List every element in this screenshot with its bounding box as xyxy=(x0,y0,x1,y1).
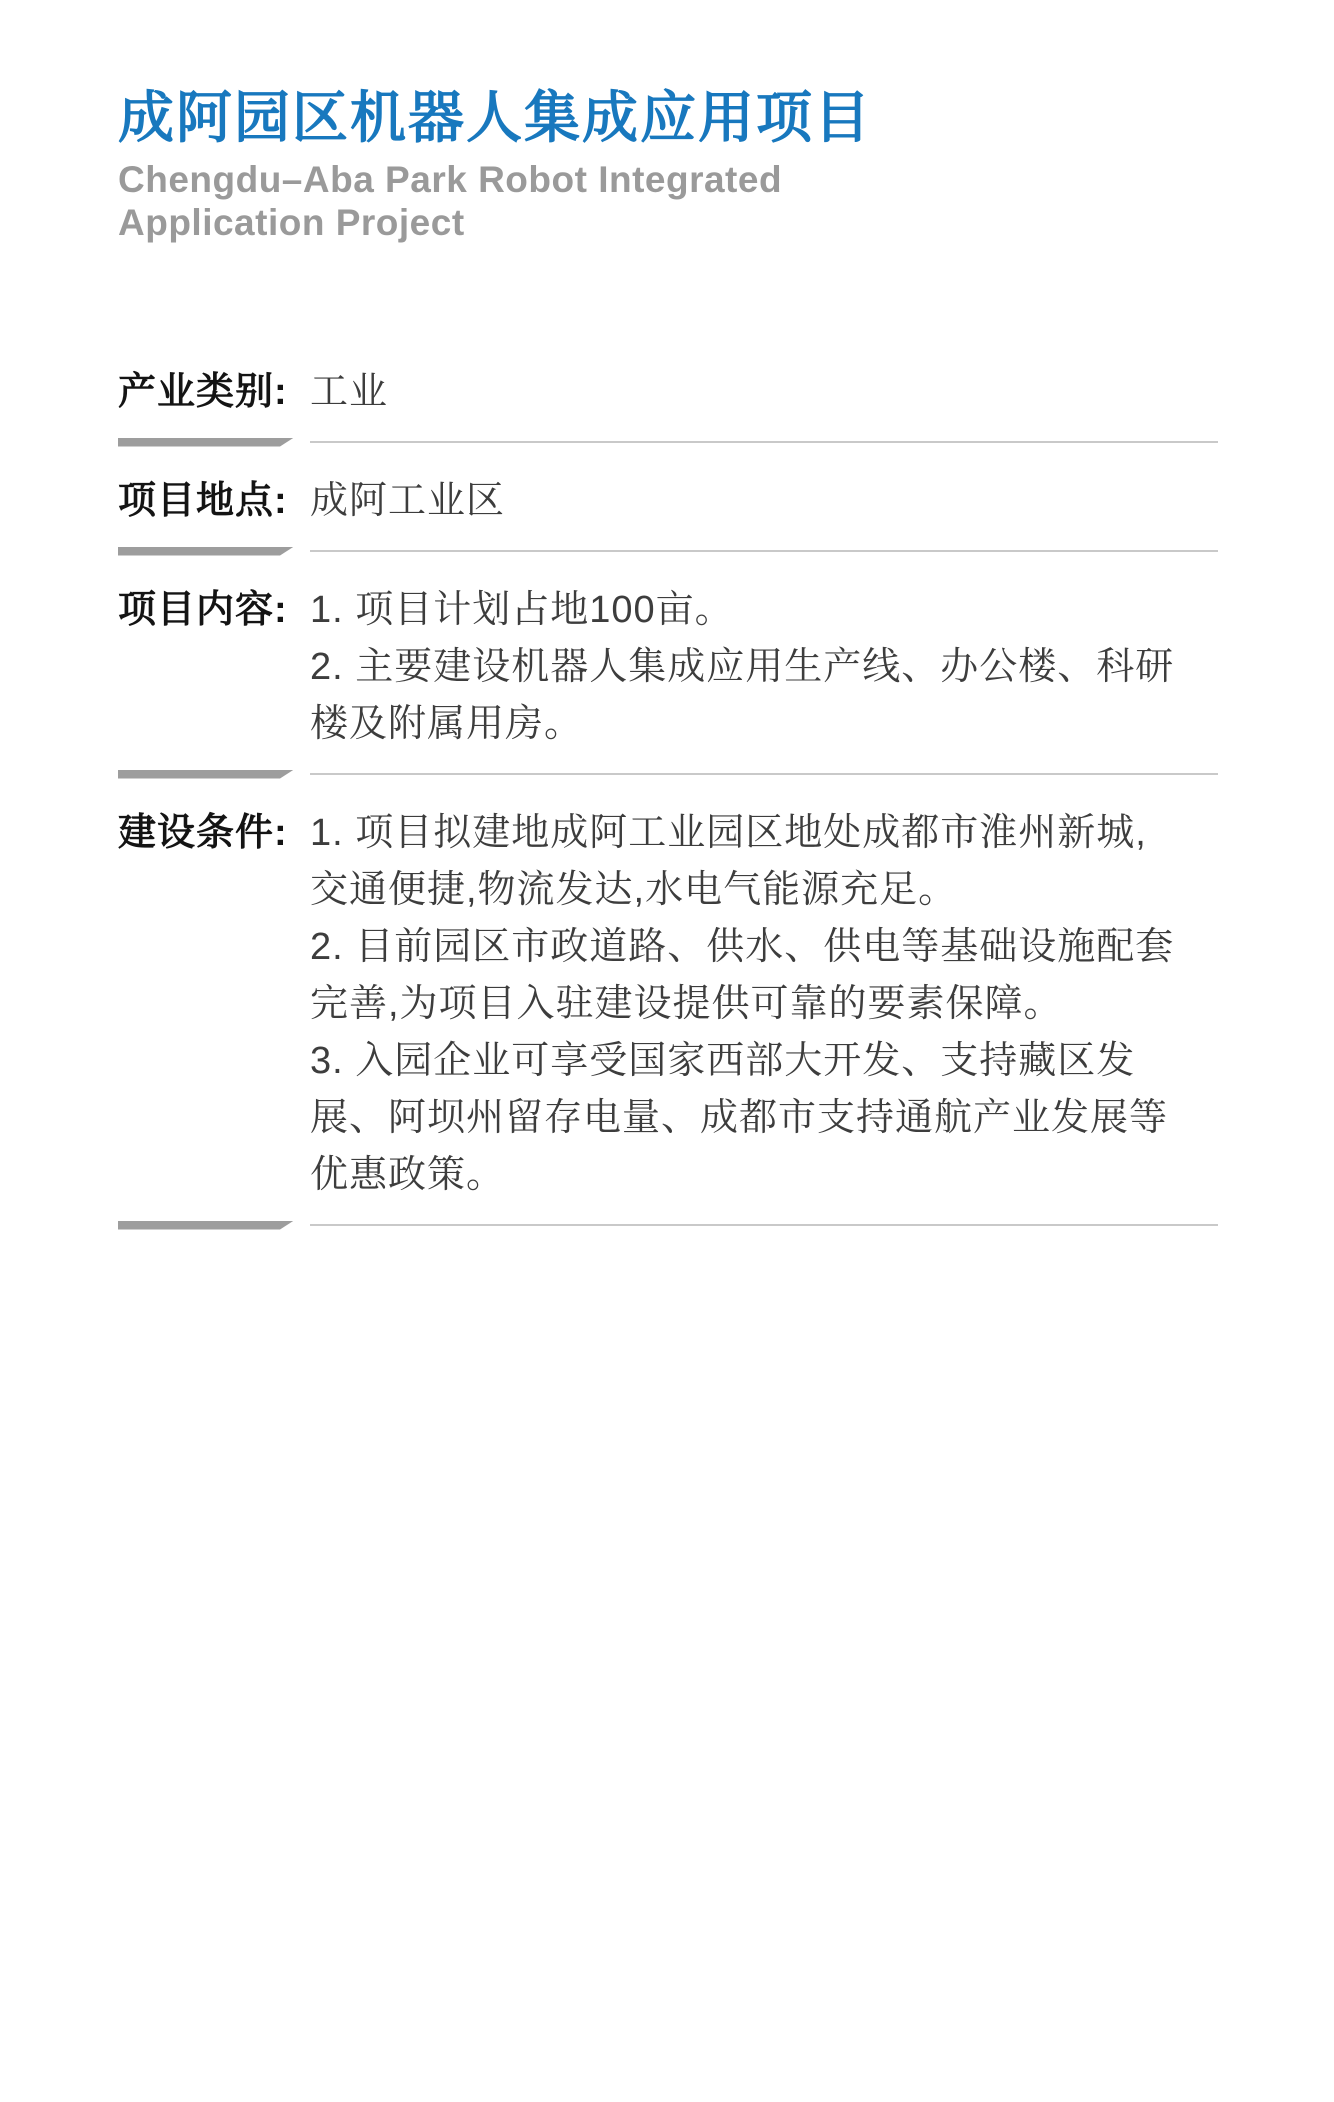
field-row-project-content: 项目内容: 1. 项目计划占地100亩。 2. 主要建设机器人集成应用生产线、办… xyxy=(118,582,1240,753)
divider-rule xyxy=(310,441,1218,443)
field-label: 项目内容: xyxy=(118,582,310,639)
project-sheet: 成阿园区机器人集成应用项目 Chengdu–Aba Park Robot Int… xyxy=(0,0,1334,1230)
field-list: 产业类别: 工业 项目地点: 成阿工业区 项目内容: 1. 项目计划占地100亩… xyxy=(118,364,1240,1230)
field-value-line: 楼及附属用房。 xyxy=(310,696,1240,753)
divider-rule xyxy=(310,550,1218,552)
field-value: 1. 项目计划占地100亩。 2. 主要建设机器人集成应用生产线、办公楼、科研 … xyxy=(310,582,1240,753)
field-value: 成阿工业区 xyxy=(310,473,1240,530)
field-value-line: 完善,为项目入驻建设提供可靠的要素保障。 xyxy=(310,976,1240,1033)
section-divider xyxy=(118,1220,1240,1230)
field-label: 产业类别: xyxy=(118,364,310,421)
field-value-line: 交通便捷,物流发达,水电气能源充足。 xyxy=(310,862,1240,919)
field-value-line: 展、阿坝州留存电量、成都市支持通航产业发展等 xyxy=(310,1090,1240,1147)
field-row-industry-category: 产业类别: 工业 xyxy=(118,364,1240,421)
divider-bar xyxy=(118,1221,294,1230)
divider-rule xyxy=(310,773,1218,775)
section-divider xyxy=(118,769,1240,779)
field-value-line: 2. 目前园区市政道路、供水、供电等基础设施配套 xyxy=(310,919,1240,976)
field-value-line: 2. 主要建设机器人集成应用生产线、办公楼、科研 xyxy=(310,639,1240,696)
field-value: 工业 xyxy=(310,364,1240,421)
field-row-construction-conditions: 建设条件: 1. 项目拟建地成阿工业园区地处成都市淮州新城, 交通便捷,物流发达… xyxy=(118,805,1240,1204)
divider-bar xyxy=(118,770,294,779)
page-subtitle: Chengdu–Aba Park Robot Integrated Applic… xyxy=(118,158,1240,244)
field-value-line: 3. 入园企业可享受国家西部大开发、支持藏区发 xyxy=(310,1033,1240,1090)
field-row-project-location: 项目地点: 成阿工业区 xyxy=(118,473,1240,530)
field-value-line: 1. 项目拟建地成阿工业园区地处成都市淮州新城, xyxy=(310,805,1240,862)
page-title: 成阿园区机器人集成应用项目 xyxy=(118,86,1240,150)
section-divider xyxy=(118,437,1240,447)
divider-bar xyxy=(118,547,294,556)
field-value-line: 工业 xyxy=(310,364,1240,421)
field-value-line: 1. 项目计划占地100亩。 xyxy=(310,582,1240,639)
section-divider xyxy=(118,546,1240,556)
divider-rule xyxy=(310,1224,1218,1226)
field-label: 项目地点: xyxy=(118,473,310,530)
subtitle-line-2: Application Project xyxy=(118,201,1240,244)
field-value-line: 优惠政策。 xyxy=(310,1147,1240,1204)
field-value: 1. 项目拟建地成阿工业园区地处成都市淮州新城, 交通便捷,物流发达,水电气能源… xyxy=(310,805,1240,1204)
divider-bar xyxy=(118,438,294,447)
subtitle-line-1: Chengdu–Aba Park Robot Integrated xyxy=(118,158,1240,201)
field-label: 建设条件: xyxy=(118,805,310,862)
field-value-line: 成阿工业区 xyxy=(310,473,1240,530)
